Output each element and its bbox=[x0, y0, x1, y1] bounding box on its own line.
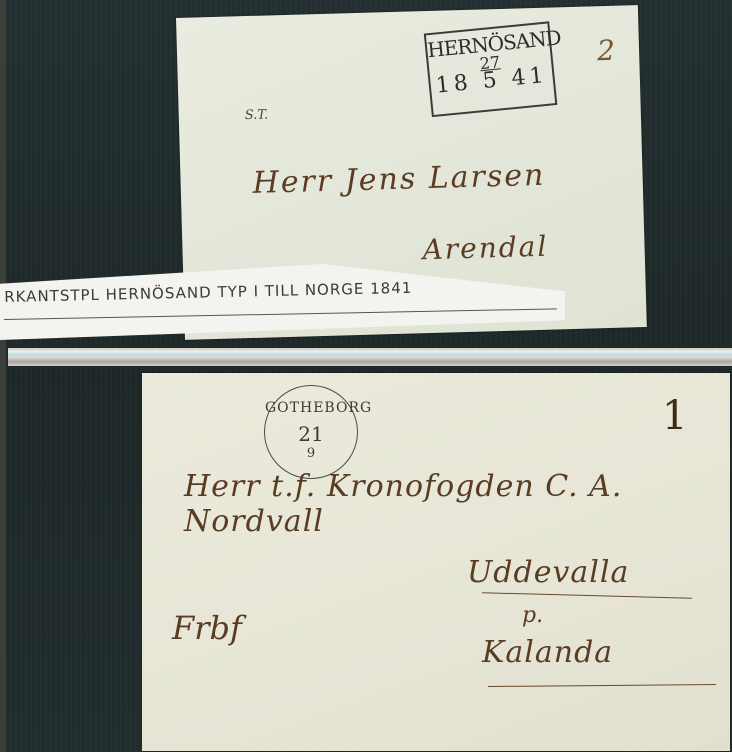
postmark-day: 21 bbox=[265, 422, 357, 446]
address-city: Uddevalla bbox=[467, 555, 629, 590]
city-underline bbox=[482, 592, 692, 598]
addressee: Herr Jens Larsen bbox=[252, 158, 546, 201]
postmark-month: 9 bbox=[265, 446, 357, 461]
destination-underline bbox=[488, 684, 716, 687]
address-destination: Kalanda bbox=[482, 635, 613, 670]
address-via: p. bbox=[522, 603, 543, 628]
postmark-rectangular: HERNÖSAND 27 18 5 41 bbox=[424, 21, 558, 117]
postmark-year-suffix: 41 bbox=[510, 63, 548, 91]
letter-lower: GOTHEBORG 21 9 1 Herr t.f. Kronofogden C… bbox=[142, 373, 730, 751]
postmark-month: 5 bbox=[481, 67, 501, 94]
mounting-strip bbox=[8, 348, 732, 366]
postmark-circular: GOTHEBORG 21 9 bbox=[264, 385, 358, 479]
rate-mark: 1 bbox=[662, 393, 687, 439]
address-city: Arendal bbox=[422, 230, 549, 266]
addressee: Herr t.f. Kronofogden C. A. Nordvall bbox=[184, 469, 730, 539]
album-page-edge bbox=[0, 0, 6, 752]
rate-mark: 2 bbox=[597, 34, 616, 67]
sender-mark: Frbf bbox=[172, 609, 242, 647]
address-prefix: S.T. bbox=[245, 107, 269, 123]
postmark-city: GOTHEBORG bbox=[265, 400, 357, 416]
postmark-year-prefix: 18 bbox=[435, 70, 473, 98]
